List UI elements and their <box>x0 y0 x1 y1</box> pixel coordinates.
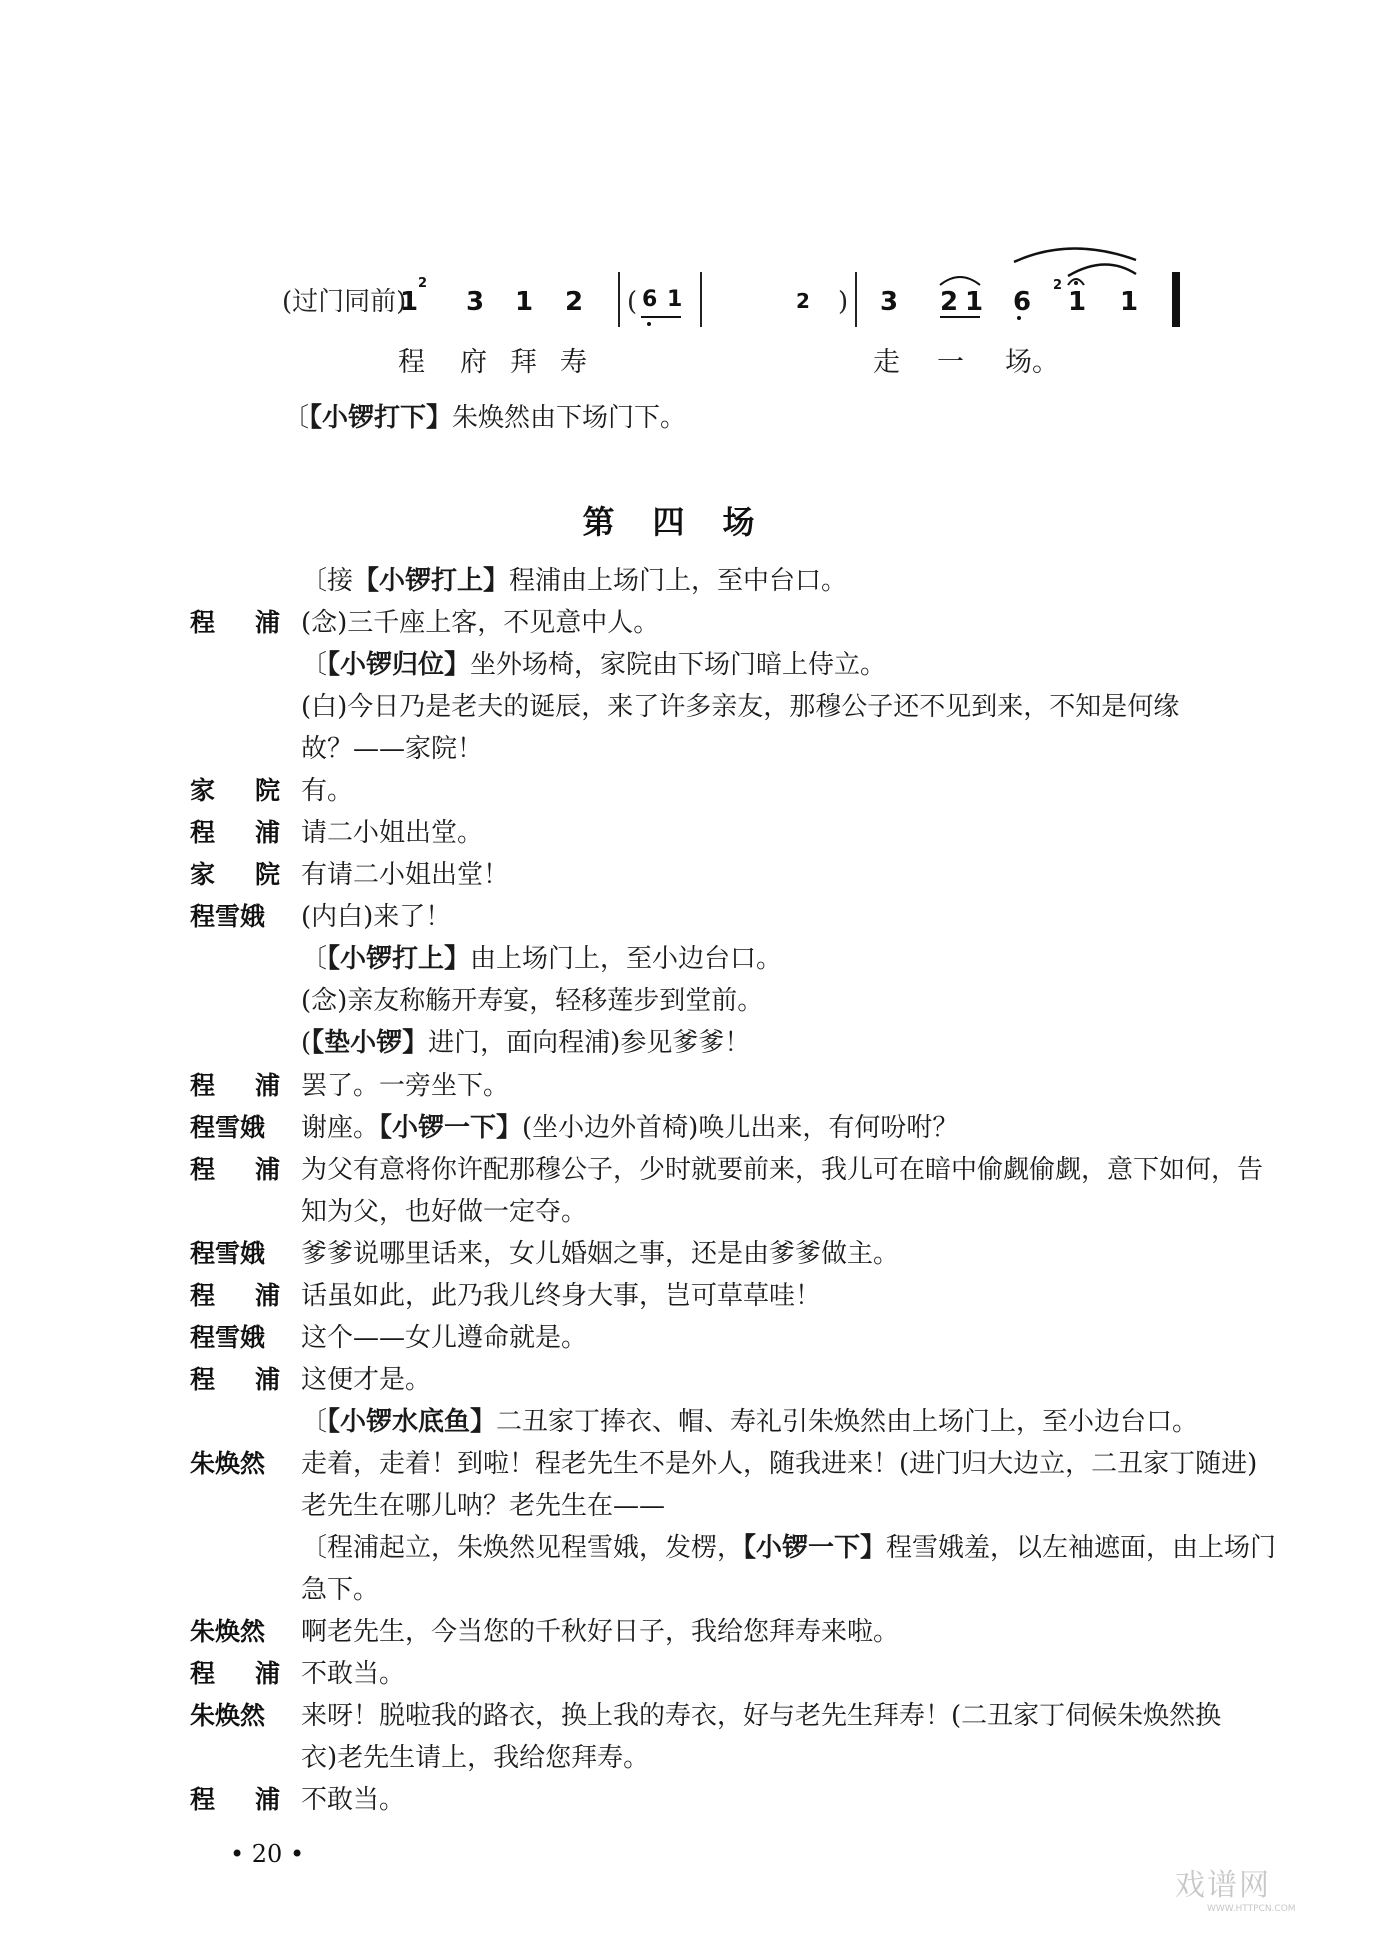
stage-direction: 〔【小锣打上】由上场门上，至小边台口。 <box>301 944 782 975</box>
dialogue-text: 为父有意将你许配那穆公子，少时就要前来，我儿可在暗中偷觑偷觑，意下如何，告 <box>301 1155 1263 1186</box>
page-number: • 20 • <box>230 1840 304 1868</box>
scene-title: 第四场 <box>0 497 1375 543</box>
dialogue-text: 罢了。一旁坐下。 <box>301 1071 509 1102</box>
dialogue-continuation: (念)亲友称觞开寿宴，轻移莲步到堂前。 <box>301 986 763 1017</box>
note: 1 <box>1068 289 1086 315</box>
note: 1 <box>400 289 418 315</box>
dialogue-text: 走着，走着！到啦！程老先生不是外人，随我进来！(进门归大边立，二丑家丁随进) <box>301 1449 1257 1480</box>
percussion-cue: 【小锣一下】 <box>379 1113 522 1143</box>
speaker-name: 家院 <box>190 776 280 806</box>
stage-direction: 〔【小锣归位】坐外场椅，家院由下场门暗上侍立。 <box>301 650 886 681</box>
percussion-cue: 【小锣打下】 <box>309 403 452 433</box>
dialogue-text: (念)三千座上客，不见意中人。 <box>301 608 659 639</box>
note: 2 <box>940 289 958 315</box>
speaker-name: 程浦 <box>190 608 280 638</box>
stage-direction: (【垫小锣】进门，面向程浦)参见爹爹！ <box>301 1028 750 1059</box>
lyric-char: 程 <box>398 340 425 379</box>
percussion-cue: 【小锣打上】 <box>353 566 509 596</box>
speaker-name: 程浦 <box>190 1659 280 1689</box>
watermark: 戏谱网 WWW.HTTPCN.COM <box>1175 1860 1296 1914</box>
grace-note: 2 <box>1053 278 1062 293</box>
lyric-char: 场。 <box>1005 340 1059 379</box>
lyric-char: 府 <box>460 340 487 379</box>
speaker-name: 程浦 <box>190 818 280 848</box>
speaker-name: 程浦 <box>190 1365 280 1395</box>
stage-direction: 〔程浦起立，朱焕然见程雪娥，发楞，【小锣一下】程雪娥羞，以左袖遮面，由上场门 <box>301 1533 1276 1564</box>
stage-direction: 〔【小锣打下】朱焕然由下场门下。 <box>283 403 686 434</box>
low-octave-dot <box>647 322 651 326</box>
dialogue-text: 不敢当。 <box>301 1785 405 1816</box>
speaker-name: 程雪娥 <box>190 902 280 932</box>
dialogue-text: 话虽如此，此乃我儿终身大事，岂可草草哇！ <box>301 1281 821 1312</box>
percussion-cue: 【小锣打上】 <box>327 944 470 974</box>
note: 2 <box>565 289 583 315</box>
low-octave-dot <box>1017 316 1021 320</box>
lyric-char: 一 <box>937 340 964 379</box>
watermark-url: WWW.HTTPCN.COM <box>1207 1904 1296 1914</box>
slur-arc <box>938 273 982 287</box>
speaker-name: 家院 <box>190 860 280 890</box>
dialogue-text: 这便才是。 <box>301 1365 431 1396</box>
dialogue-continuation: 衣)老先生请上，我给您拜寿。 <box>301 1743 649 1774</box>
note: 1 <box>1120 289 1138 315</box>
beam-underline <box>641 316 681 318</box>
close-paren: ) <box>838 289 848 315</box>
stage-direction: 〔接【小锣打上】程浦由上场门上，至中台口。 <box>301 566 847 597</box>
grace-note-sup: 2 <box>418 276 427 291</box>
beam-underline <box>940 316 980 318</box>
note: 6 <box>642 289 657 311</box>
note: 2 <box>796 291 810 311</box>
bar-line <box>618 272 620 327</box>
dialogue-continuation: (白)今日乃是老夫的诞辰，来了许多亲友，那穆公子还不见到来，不知是何缘 <box>301 692 1179 723</box>
speaker-name: 程雪娥 <box>190 1323 280 1353</box>
dialogue-text: 谢座。【小锣一下】(坐小边外首椅)唤儿出来，有何吩咐？ <box>301 1113 958 1144</box>
lyric-char: 寿 <box>560 340 587 379</box>
note: 6 <box>1013 289 1031 315</box>
dialogue-continuation: 老先生在哪儿呐？老先生在—— <box>301 1491 665 1522</box>
percussion-cue: 【小锣水底鱼】 <box>327 1407 496 1437</box>
lyric-char: 拜 <box>510 340 537 379</box>
final-bar-line <box>1172 272 1180 327</box>
dialogue-text: 来呀！脱啦我的路衣，换上我的寿衣，好与老先生拜寿！(二丑家丁伺候朱焕然换 <box>301 1701 1221 1732</box>
note: 1 <box>965 289 983 315</box>
stage-direction: 〔【小锣水底鱼】二丑家丁捧衣、帽、寿礼引朱焕然由上场门上，至小边台口。 <box>301 1407 1198 1438</box>
note: 3 <box>880 289 898 315</box>
speaker-name: 程浦 <box>190 1785 280 1815</box>
phrase-slur-arc <box>1010 240 1140 280</box>
lyric-char: 走 <box>873 340 900 379</box>
bar-line <box>700 272 702 327</box>
dialogue-continuation: 知为父，也好做一定夺。 <box>301 1197 587 1228</box>
bar-line <box>855 272 857 327</box>
dialogue-text: 爹爹说哪里话来，女儿婚姻之事，还是由爹爹做主。 <box>301 1239 899 1270</box>
percussion-cue: 【小锣一下】 <box>743 1533 886 1563</box>
speaker-name: 朱焕然 <box>190 1449 280 1479</box>
note: 1 <box>667 289 682 311</box>
dialogue-text: 这个——女儿遵命就是。 <box>301 1323 587 1354</box>
score-prefix: (过门同前) <box>282 289 406 315</box>
dialogue-continuation: 故？——家院！ <box>301 734 483 765</box>
speaker-name: 朱焕然 <box>190 1617 280 1647</box>
speaker-name: 程浦 <box>190 1155 280 1185</box>
dialogue-text: 有。 <box>301 776 353 807</box>
watermark-logo: 戏谱网 <box>1175 1868 1271 1903</box>
dialogue-text: (内白)来了！ <box>301 902 451 933</box>
speaker-name: 程浦 <box>190 1281 280 1311</box>
speaker-name: 程浦 <box>190 1071 280 1101</box>
open-paren: ( <box>627 289 637 315</box>
dialogue-text: 请二小姐出堂。 <box>301 818 483 849</box>
speaker-name: 程雪娥 <box>190 1239 280 1269</box>
note: 3 <box>466 289 484 315</box>
dialogue-continuation: 急下。 <box>301 1575 379 1606</box>
percussion-cue: 【小锣归位】 <box>327 650 470 680</box>
speaker-name: 程雪娥 <box>190 1113 280 1143</box>
speaker-name: 朱焕然 <box>190 1701 280 1731</box>
percussion-cue: 【垫小锣】 <box>311 1028 428 1058</box>
dialogue-text: 啊老先生，今当您的千秋好日子，我给您拜寿来啦。 <box>301 1617 899 1648</box>
note: 1 <box>515 289 533 315</box>
dialogue-text: 不敢当。 <box>301 1659 405 1690</box>
dialogue-text: 有请二小姐出堂！ <box>301 860 509 891</box>
